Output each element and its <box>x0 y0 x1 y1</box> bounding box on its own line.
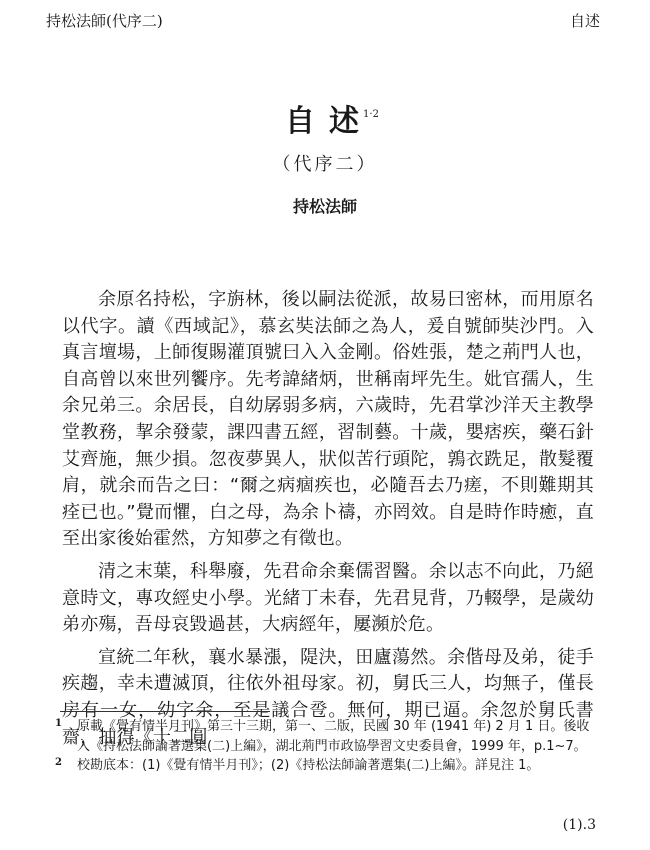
author-name: 持松法師 <box>0 195 650 219</box>
footnote-item: 1 原載《覺有情半月刊》第三十三期，第一、二版，民國 30 年 (1941 年)… <box>55 717 595 756</box>
page-title-text: 自述 <box>285 104 373 139</box>
subtitle: （代序二） <box>0 152 650 178</box>
paragraph: 清之末葉，科舉廢，先君命余棄儒習醫。余以志不向此，乃絕意時文，專攻經史小學。光緒… <box>62 559 594 639</box>
footnote-text: 校勘底本：(1)《覺有情半月刊》；(2)《持松法師論著選集(二)上編》。詳見注 … <box>77 758 539 773</box>
running-header-right: 自述 <box>570 9 600 33</box>
footnote-mark: 1 <box>55 714 62 734</box>
page-title: 自述1·2 <box>0 95 650 142</box>
footnote-text: 原載《覺有情半月刊》第三十三期，第一、二版，民國 30 年 (1941 年) 2… <box>77 719 589 754</box>
paragraph: 余原名持松，字旃林，後以嗣法從派，故易曰密林，而用原名以代字。讀《西域記》，慕玄… <box>62 287 594 553</box>
footnote-divider <box>60 711 270 712</box>
running-header: 持松法師(代序二) 自述 <box>46 9 600 33</box>
page-number: (1).3 <box>563 815 596 835</box>
body-text: 余原名持松，字旃林，後以嗣法從派，故易曰密林，而用原名以代字。讀《西域記》，慕玄… <box>62 287 594 751</box>
footnote-item: 2 校勘底本：(1)《覺有情半月刊》；(2)《持松法師論著選集(二)上編》。詳見… <box>55 756 595 776</box>
running-header-left: 持松法師(代序二) <box>46 9 163 33</box>
footnote-mark: 2 <box>55 753 62 773</box>
footnotes: 1 原載《覺有情半月刊》第三十三期，第一、二版，民國 30 年 (1941 年)… <box>55 717 595 776</box>
title-block: 自述1·2 （代序二） 持松法師 <box>0 95 650 219</box>
footnote-reference[interactable]: 1·2 <box>363 109 379 120</box>
